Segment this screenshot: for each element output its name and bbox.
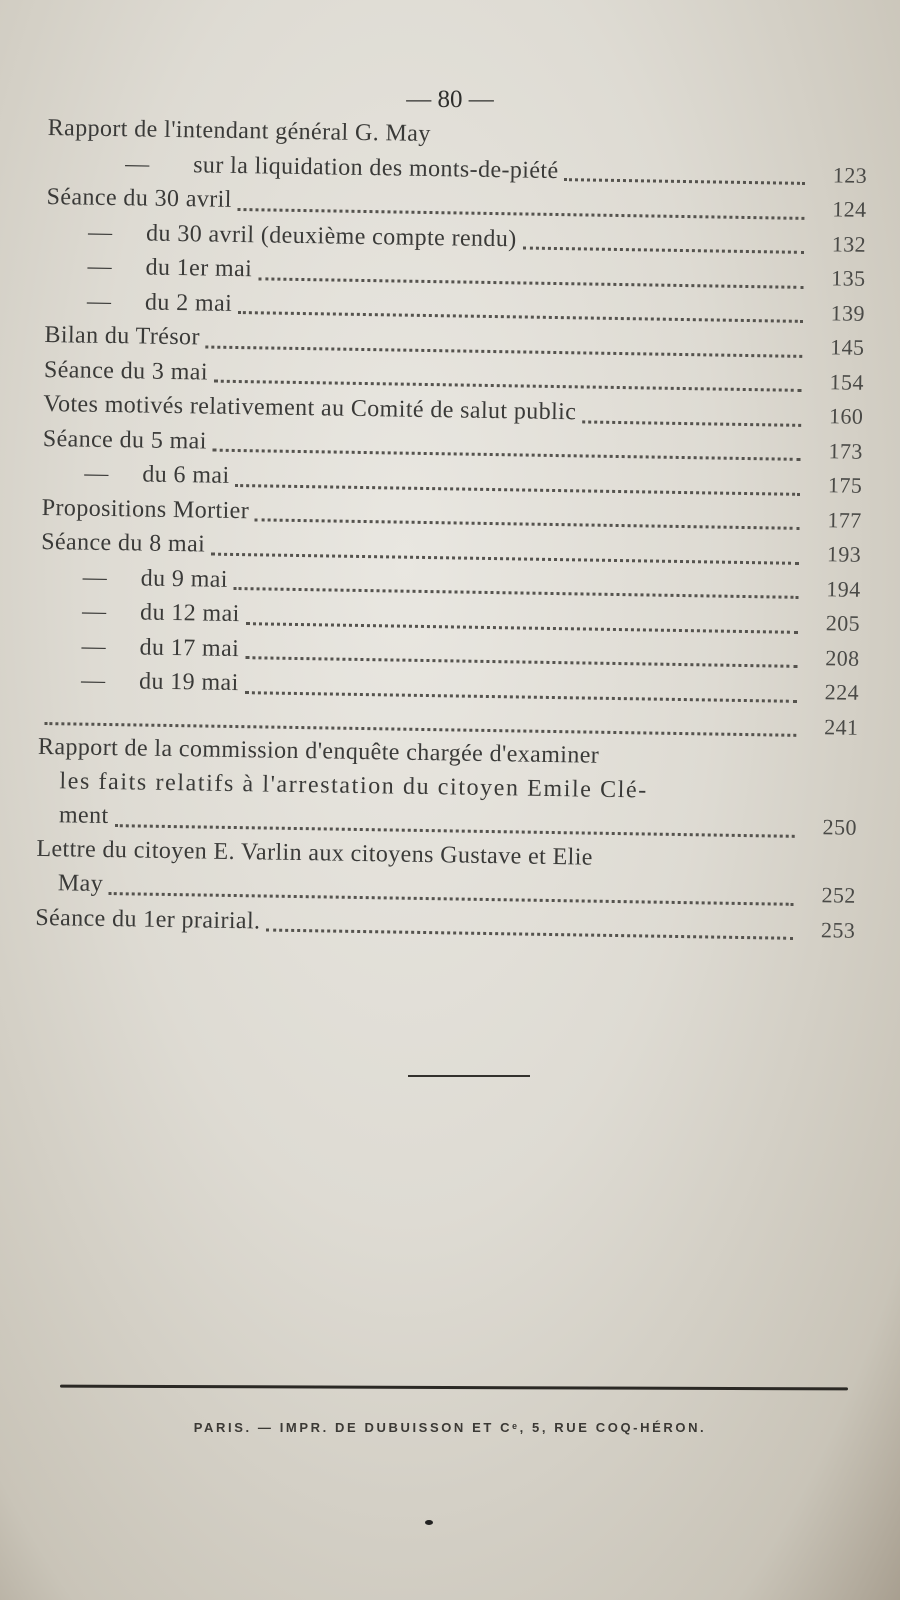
toc-page-number: 139 xyxy=(809,295,866,329)
toc-entry-multiline: Lettre du citoyen E. Varlin aux citoyens… xyxy=(36,832,857,913)
dot-leader xyxy=(522,247,803,254)
toc-entry-title-line: ment xyxy=(59,799,109,833)
toc-entry-title: sur la liquidation des monts-de-piété xyxy=(193,149,559,188)
toc-entry-title: du 19 mai xyxy=(139,666,239,701)
table-of-contents: Rapport de l'intendant général G. May — … xyxy=(35,112,868,948)
dot-leader xyxy=(246,622,798,634)
toc-page-number: 132 xyxy=(810,226,867,260)
dot-leader xyxy=(244,691,796,703)
ditto-dash: — xyxy=(46,215,147,250)
toc-entry-multiline: Rapport de la commission d'enquête charg… xyxy=(37,731,858,845)
dot-leader xyxy=(258,277,803,289)
toc-page-number: 177 xyxy=(805,502,862,536)
ink-speck xyxy=(425,1520,433,1525)
toc-entry-title: Séance du 1er prairial. xyxy=(35,901,261,938)
toc-entry-title: du 9 mai xyxy=(140,562,228,597)
toc-entry-title: Séance du 3 mai xyxy=(44,353,208,389)
toc-entry-title: du 17 mai xyxy=(139,631,239,666)
toc-entry-title: du 30 avril (deuxième compte rendu) xyxy=(146,217,517,256)
ditto-dash: — xyxy=(45,250,146,285)
toc-page-number: 224 xyxy=(803,675,860,709)
toc-page-number: 252 xyxy=(800,878,857,912)
dot-leader xyxy=(255,519,800,531)
toc-entry-title: Séance du 30 avril xyxy=(46,181,232,217)
toc-page-number: 253 xyxy=(799,912,856,946)
ditto-dash: — xyxy=(40,595,141,630)
ditto-dash: — xyxy=(39,664,140,699)
toc-page-number: 160 xyxy=(807,399,864,433)
toc-entry-title: du 6 mai xyxy=(142,459,230,494)
toc-page-number: 173 xyxy=(807,433,864,467)
toc-page-number: 145 xyxy=(808,330,865,364)
toc-page-number: 124 xyxy=(810,192,867,226)
toc-page-number: 123 xyxy=(811,157,868,191)
toc-entry-title: Rapport de l'intendant général G. May xyxy=(47,112,430,152)
ditto-dash: — xyxy=(40,560,141,595)
toc-entry-title: du 1er mai xyxy=(145,252,252,287)
dot-leader xyxy=(582,420,801,426)
toc-page-number: 208 xyxy=(803,640,860,674)
toc-entry-title: Propositions Mortier xyxy=(42,491,250,528)
toc-page-number: 175 xyxy=(806,468,863,502)
ditto-dash: — xyxy=(47,146,194,182)
toc-page-number: 250 xyxy=(801,810,858,844)
toc-page-number: 193 xyxy=(805,537,862,571)
dot-leader xyxy=(266,929,793,940)
toc-page-number: 241 xyxy=(802,709,859,743)
ditto-dash: — xyxy=(39,629,140,664)
printer-imprint: PARIS. — IMPR. DE DUBUISSON ET Cᵉ, 5, RU… xyxy=(0,1420,900,1435)
page-number: — 80 — xyxy=(0,86,900,114)
toc-entry-title-line: May xyxy=(58,867,104,901)
toc-entry-title: Séance du 8 mai xyxy=(41,526,205,562)
toc-entry-title: Bilan du Trésor xyxy=(44,319,200,355)
ditto-dash: — xyxy=(42,457,143,492)
toc-page-number: 154 xyxy=(808,364,865,398)
footer-rule xyxy=(60,1385,848,1391)
toc-entry-title: Séance du 5 mai xyxy=(43,422,207,458)
toc-entry-title: du 2 mai xyxy=(145,286,233,321)
dot-leader xyxy=(564,178,805,185)
book-page: — 80 — Rapport de l'intendant général G.… xyxy=(0,0,900,1600)
end-rule xyxy=(408,1075,530,1077)
toc-page-number: 205 xyxy=(804,606,861,640)
toc-entry-title: du 12 mai xyxy=(140,597,240,632)
toc-page-number: 194 xyxy=(804,571,861,605)
toc-page-number: 135 xyxy=(809,261,866,295)
ditto-dash: — xyxy=(45,284,146,319)
dot-leader xyxy=(245,656,797,668)
